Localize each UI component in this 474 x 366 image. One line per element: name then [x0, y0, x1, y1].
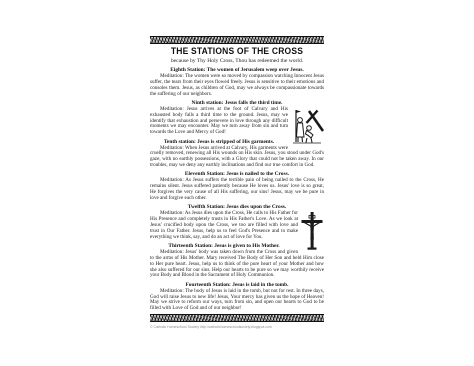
- station-thirteenth: Thirteenth Station: Jesus is given to Hi…: [150, 243, 324, 279]
- station-meditation: Meditation: As Jesus suffers the terribl…: [150, 178, 324, 201]
- station-eighth: Eighth Station: The women of Jerusalem w…: [150, 67, 324, 97]
- footer-credit: © Catholic Homeschool Society http://cat…: [150, 325, 324, 330]
- station-meditation: Meditation: The women were so moved by c…: [150, 74, 324, 97]
- document-page: { "page": { "title": "THE STATIONS OF TH…: [0, 0, 474, 366]
- station-meditation: Meditation: The body of Jesus is laid in…: [150, 289, 324, 312]
- station-ninth: Ninth station: Jesus falls the third tim…: [150, 100, 324, 136]
- jesus-falls-with-cross-icon: [290, 107, 324, 145]
- station-meditation-wrap: Meditation: Jesus arrives at the foot of…: [150, 107, 324, 136]
- station-eleventh: Eleventh Station: Jesus is nailed to the…: [150, 171, 324, 201]
- station-meditation-wrap: Meditation: As Jesus dies upon the Cross…: [150, 211, 324, 240]
- station-meditation: Meditation: As Jesus dies upon the Cross…: [150, 210, 298, 239]
- station-meditation: Meditation: Jesus' body was taken down f…: [150, 250, 324, 279]
- station-fourteenth: Fourteenth Station: Jesus is laid in the…: [150, 282, 324, 312]
- page-subtitle: because by Thy Holy Cross, Thou has rede…: [150, 58, 324, 65]
- station-meditation: Meditation: Jesus arrives at the foot of…: [150, 106, 288, 135]
- document-column: THE STATIONS OF THE CROSS because by Thy…: [150, 36, 324, 330]
- top-ornamental-border: [150, 36, 324, 44]
- station-twelfth: Twelfth Station: Jesus dies upon the Cro…: [150, 204, 324, 240]
- page-title: THE STATIONS OF THE CROSS: [150, 46, 324, 57]
- bottom-ornamental-border: [150, 314, 324, 322]
- crucifix-icon: [300, 211, 324, 251]
- station-meditation: Meditation: When Jesus arrived at Calvar…: [150, 146, 324, 169]
